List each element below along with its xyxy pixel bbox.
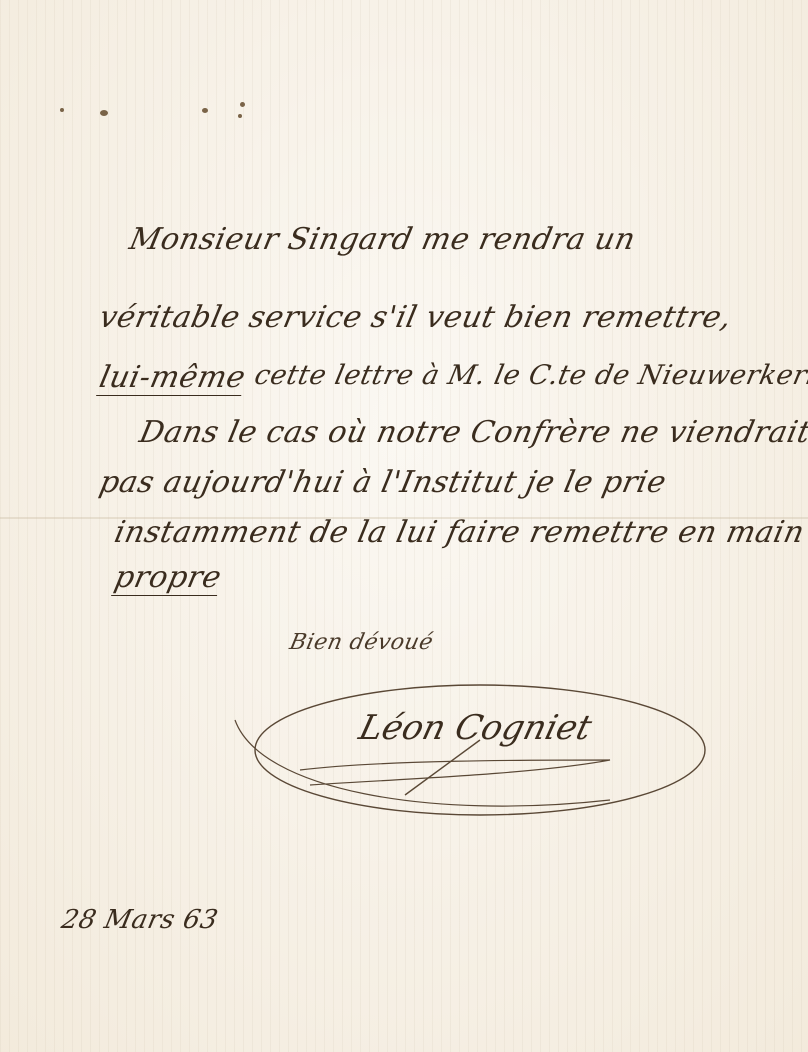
letter-line-3-rest: cette lettre à M. le C.te de Nieuwerkerk… <box>252 360 808 391</box>
letter-line-7: propre <box>111 560 224 595</box>
letter-line-1: Monsieur Singard me rendra un <box>126 222 638 257</box>
letter-line-4: Dans le cas où notre Confrère ne viendra… <box>136 415 808 450</box>
ink-specks <box>60 100 260 130</box>
ink-speck <box>202 108 208 113</box>
ink-speck <box>240 102 245 107</box>
letter-date: 28 Mars 63 <box>59 905 221 935</box>
letter-line-2: véritable service s'il veut bien remettr… <box>96 300 735 335</box>
ink-speck <box>100 110 108 116</box>
signature: Léon Cogniet <box>355 708 596 748</box>
letter-line-5: pas aujourd'hui à l'Institut je le prie <box>96 465 669 500</box>
signature-flourish <box>230 680 710 830</box>
ink-speck <box>60 108 64 112</box>
letter-line-3: lui-même <box>96 360 249 395</box>
underlined-lui-meme: lui-même <box>96 360 249 395</box>
letter-line-6: instamment de la lui faire remettre en m… <box>111 515 807 550</box>
letter-page: Monsieur Singard me rendra un véritable … <box>0 0 808 1052</box>
closing-text: Bien dévoué <box>287 630 435 655</box>
ink-speck <box>238 114 242 118</box>
